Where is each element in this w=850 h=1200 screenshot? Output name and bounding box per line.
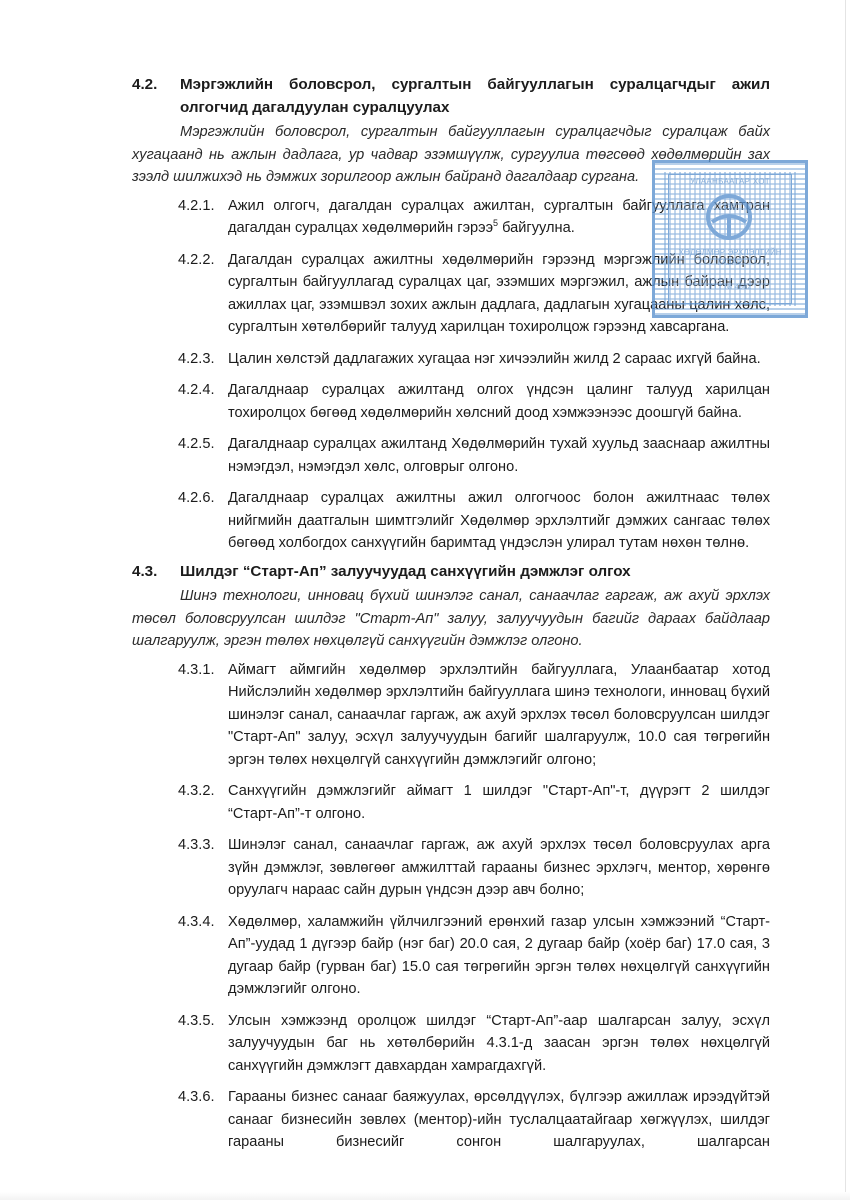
section-number: 4.3. [132,561,180,584]
item-text: Дагалдан суралцах ажилтны хөдөлмөрийн гэ… [228,249,770,339]
item-number: 4.3.4. [178,911,228,1001]
list-item-4-2-5: 4.2.5. Дагалднаар суралцах ажилтанд Хөдө… [178,433,770,478]
list-item-4-2-6: 4.2.6. Дагалднаар суралцах ажилтны ажил … [178,487,770,555]
item-number: 4.2.5. [178,433,228,478]
section-title-line-2: олгогчид дагалдуулан суралцуулах [180,97,770,120]
list-item-4-3-6: 4.3.6. Гарааны бизнес санааг баяжуулах, … [178,1086,770,1154]
page-edge [845,0,846,1200]
list-item-4-3-5: 4.3.5. Улсын хэмжээнд оролцож шилдэг “Ст… [178,1010,770,1078]
page-bottom-shadow [0,1192,850,1200]
item-number: 4.3.3. [178,834,228,902]
item-text: Дагалднаар суралцах ажилтанд Хөдөлмөрийн… [228,433,770,478]
item-text: Санхүүгийн дэмжлэгийг аймагт 1 шилдэг "С… [228,780,770,825]
item-number: 4.3.5. [178,1010,228,1078]
item-text: Ажил олгогч, дагалдан суралцах ажилтан, … [228,195,770,240]
item-number: 4.2.1. [178,195,228,240]
item-text-part: байгуулна. [498,220,575,236]
section-title: Мэргэжлийн боловсрол, сургалтын байгуулл… [180,74,770,119]
item-number: 4.3.1. [178,659,228,772]
item-text: Дагалднаар суралцах ажилтанд олгох үндсэ… [228,379,770,424]
section-number: 4.2. [132,74,180,119]
item-text: Шинэлэг санал, санаачлаг гаргаж, аж ахуй… [228,834,770,902]
document-body: 4.2. Мэргэжлийн боловсрол, сургалтын бай… [132,74,770,1163]
list-item-4-3-3: 4.3.3. Шинэлэг санал, санаачлаг гаргаж, … [178,834,770,902]
list-item-4-3-1: 4.3.1. Аймагт аймгийн хөдөлмөр эрхлэлтий… [178,659,770,772]
list-item-4-2-2: 4.2.2. Дагалдан суралцах ажилтны хөдөлмө… [178,249,770,339]
section-intro: Мэргэжлийн боловсрол, сургалтын байгуулл… [132,121,770,189]
item-number: 4.2.6. [178,487,228,555]
list-item-4-2-4: 4.2.4. Дагалднаар суралцах ажилтанд олго… [178,379,770,424]
item-text: Цалин хөлстэй дадлагажих хугацаа нэг хич… [228,348,770,371]
list-item-4-3-4: 4.3.4. Хөдөлмөр, халамжийн үйлчилгээний … [178,911,770,1001]
item-text: Дагалднаар суралцах ажилтны ажил олгогчо… [228,487,770,555]
item-number: 4.2.2. [178,249,228,339]
section-title-line-1: Мэргэжлийн боловсрол, сургалтын байгуулл… [180,74,770,97]
item-text: Улсын хэмжээнд оролцож шилдэг “Старт-Ап”… [228,1010,770,1078]
section-title: Шилдэг “Старт-Ап” залуучуудад санхүүгийн… [180,561,770,584]
item-text: Гарааны бизнес санааг баяжуулах, өрсөлдү… [228,1086,770,1154]
section-heading-4-3: 4.3. Шилдэг “Старт-Ап” залуучуудад санхү… [132,561,770,584]
list-item-4-3-2: 4.3.2. Санхүүгийн дэмжлэгийг аймагт 1 ши… [178,780,770,825]
section-intro: Шинэ технологи, инновац бүхий шинэлэг са… [132,585,770,653]
list-item-4-2-1: 4.2.1. Ажил олгогч, дагалдан суралцах аж… [178,195,770,240]
item-number: 4.3.2. [178,780,228,825]
item-text: Аймагт аймгийн хөдөлмөр эрхлэлтийн байгу… [228,659,770,772]
item-number: 4.2.4. [178,379,228,424]
list-item-4-2-3: 4.2.3. Цалин хөлстэй дадлагажих хугацаа … [178,348,770,371]
item-text: Хөдөлмөр, халамжийн үйлчилгээний ерөнхий… [228,911,770,1001]
section-heading-4-2: 4.2. Мэргэжлийн боловсрол, сургалтын бай… [132,74,770,119]
item-number: 4.2.3. [178,348,228,371]
item-number: 4.3.6. [178,1086,228,1154]
